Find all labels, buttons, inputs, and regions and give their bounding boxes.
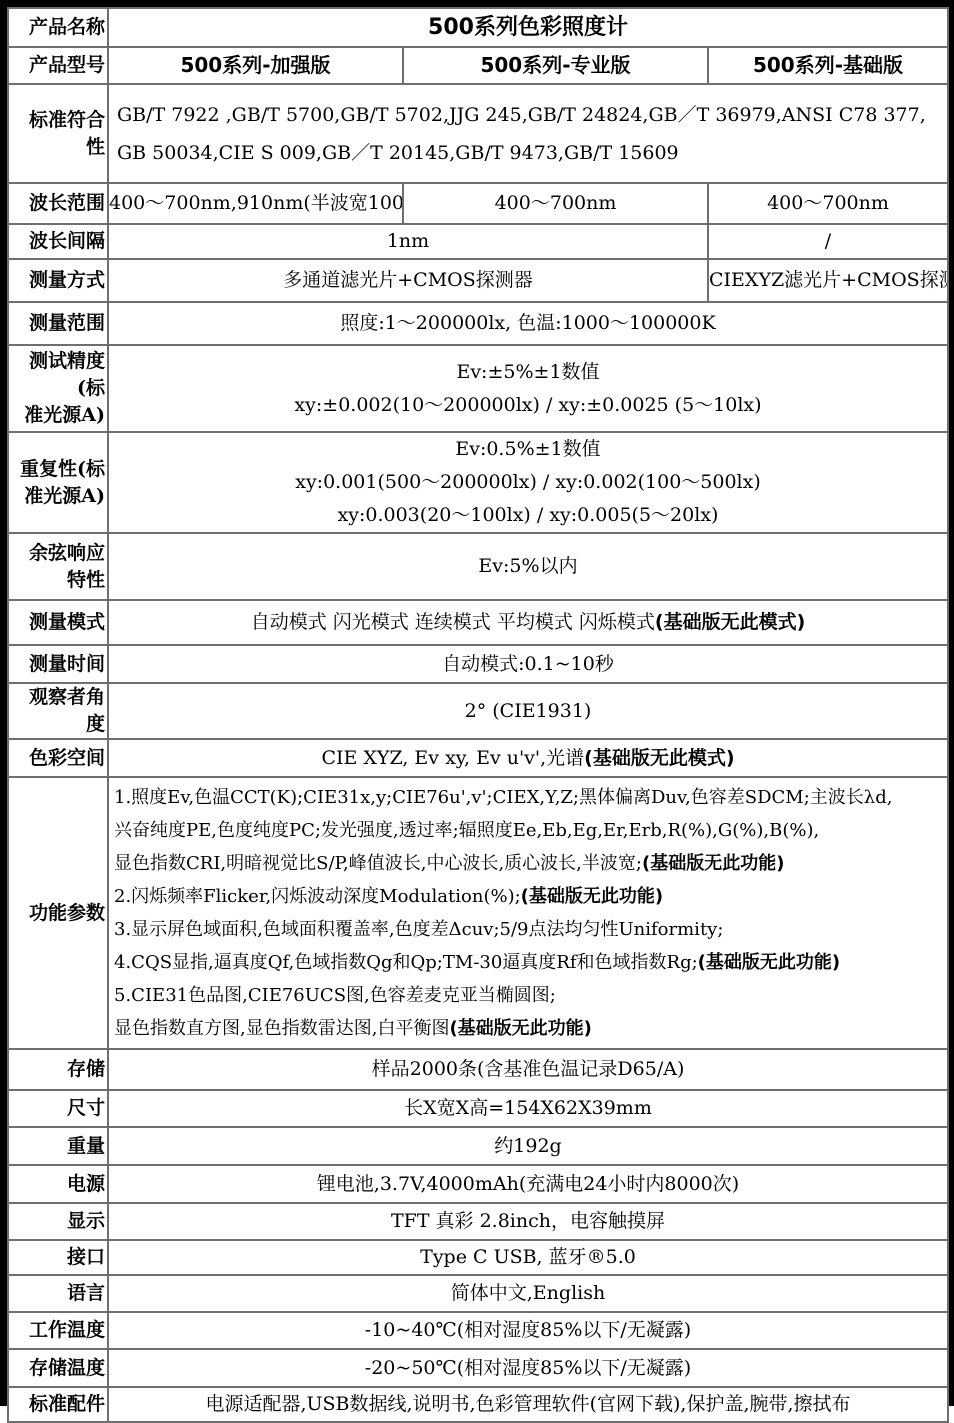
spec-text: Ev:±5%±1数值 (456, 361, 599, 383)
wavelength-interval: 1nm (108, 224, 708, 259)
row-label: 显示 (8, 1203, 108, 1240)
spec-text: 1.照度Ev,色温CCT(K);CIE31x,y;CIE76u',v';CIEX… (114, 787, 892, 808)
row-label: 测试精度 (标 准光源A) (8, 345, 108, 432)
table-row: 波长范围400～700nm,910nm(半波宽100nm)400～700nm40… (8, 183, 948, 224)
spec-line: -10~40℃(相对湿度85%以下/无凝露) (109, 1314, 947, 1347)
weight: 约192g (108, 1127, 948, 1165)
spec-text: CIE XYZ, Ev xy, Ev u'v',光谱 (321, 747, 584, 769)
standard-accessories: 电源适配器,USB数据线,说明书,色彩管理软件(官网下载),保护盖,腕带,擦拭布 (108, 1387, 948, 1422)
highlight-note: (基础版无此模式) (655, 611, 805, 633)
row-label: 工作温度 (8, 1312, 108, 1349)
row-label: 观察者角度 (8, 683, 108, 739)
spec-line: -20~50℃(相对湿度85%以下/无凝露) (109, 1352, 947, 1385)
table-row: 语言简体中文,English (8, 1275, 948, 1312)
row-label: 波长范围 (8, 183, 108, 224)
highlight-note: (基础版无此功能) (449, 1018, 591, 1039)
spec-line: 长X宽X高=154X62X39mm (109, 1092, 947, 1125)
row-label: 标准配件 (8, 1387, 108, 1422)
row-label: 重复性(标 准光源A) (8, 432, 108, 533)
spec-line: 显色指数CRI,明暗视觉比S/P,峰值波长,中心波长,质心波长,半波宽;(基础版… (114, 847, 947, 880)
spec-text: 自动模式 闪光模式 连续模式 平均模式 闪烁模式 (251, 611, 655, 633)
spec-line: xy:0.001(500～200000lx) / xy:0.002(100～50… (109, 466, 947, 499)
spec-text: Ev:5%以内 (478, 555, 577, 577)
color-space: CIE XYZ, Ev xy, Ev u'v',光谱(基础版无此模式) (108, 739, 948, 777)
table-row: 工作温度-10~40℃(相对湿度85%以下/无凝露) (8, 1312, 948, 1349)
spec-line: 400～700nm (404, 187, 707, 220)
row-label: 色彩空间 (8, 739, 108, 777)
spec-line: 500系列色彩照度计 (109, 11, 947, 44)
table-row: 余弦响应 特性Ev:5%以内 (8, 533, 948, 600)
spec-text: 4.CQS显指,逼真度Qf,色域指数Qg和Qp;TM-30逼真度Rf和色域指数R… (114, 952, 698, 973)
spec-text: Type C USB, 蓝牙®5.0 (420, 1246, 636, 1268)
measurement-method-basic: CIEXYZ滤光片+CMOS探测器 (708, 259, 948, 302)
table-row: 重量约192g (8, 1127, 948, 1165)
spec-line: 1.照度Ev,色温CCT(K);CIE31x,y;CIE76u',v';CIEX… (114, 781, 947, 814)
table-row: 测量时间自动模式:0.1~10秒 (8, 645, 948, 683)
table-row: 存储温度-20~50℃(相对湿度85%以下/无凝露) (8, 1349, 948, 1387)
storage-temperature: -20~50℃(相对湿度85%以下/无凝露) (108, 1349, 948, 1387)
operating-temperature: -10~40℃(相对湿度85%以下/无凝露) (108, 1312, 948, 1349)
languages: 简体中文,English (108, 1275, 948, 1312)
spec-line: 1nm (109, 225, 707, 258)
table-row: 测试精度 (标 准光源A)Ev:±5%±1数值xy:±0.002(10～2000… (8, 345, 948, 432)
spec-line: 锂电池,3.7V,4000mAh(充满电24小时内8000次) (109, 1168, 947, 1201)
spec-text: 长X宽X高=154X62X39mm (404, 1097, 652, 1119)
row-label: 波长间隔 (8, 224, 108, 259)
spec-text: TFT 真彩 2.8inch，电容触摸屏 (391, 1210, 665, 1232)
table-row: 重复性(标 准光源A)Ev:0.5%±1数值xy:0.001(500～20000… (8, 432, 948, 533)
highlight-note: 500系列-加强版 (180, 53, 330, 77)
measurement-range: 照度:1～200000lx, 色温:1000～100000K (108, 302, 948, 345)
spec-line: 400～700nm (709, 187, 947, 220)
spec-text: / (825, 230, 831, 252)
observer-angle: 2° (CIE1931) (108, 683, 948, 739)
table-row: 电源锂电池,3.7V,4000mAh(充满电24小时内8000次) (8, 1165, 948, 1203)
spec-line: 2.闪烁频率Flicker,闪烁波动深度Modulation(%);(基础版无此… (114, 880, 947, 913)
product-name: 500系列色彩照度计 (108, 8, 948, 47)
spec-line: Ev:±5%±1数值 (109, 356, 947, 389)
table-row: 色彩空间CIE XYZ, Ev xy, Ev u'v',光谱(基础版无此模式) (8, 739, 948, 777)
wavelength-range-enhanced: 400～700nm,910nm(半波宽100nm) (108, 183, 403, 224)
spec-text: -10~40℃(相对湿度85%以下/无凝露) (365, 1319, 691, 1341)
model-enhanced: 500系列-加强版 (108, 47, 403, 84)
table-row: 接口Type C USB, 蓝牙®5.0 (8, 1240, 948, 1275)
table-row: 观察者角度2° (CIE1931) (8, 683, 948, 739)
spec-line: xy:0.003(20～100lx) / xy:0.005(5～20lx) (109, 499, 947, 532)
highlight-note: (基础版无此模式) (584, 747, 734, 769)
spec-line: 自动模式 闪光模式 连续模式 平均模式 闪烁模式(基础版无此模式) (109, 606, 947, 639)
row-label: 重量 (8, 1127, 108, 1165)
spec-line: 5.CIE31色品图,CIE76UCS图,色容差麦克亚当椭圆图; (114, 979, 947, 1012)
spec-line: 多通道滤光片+CMOS探测器 (109, 264, 707, 297)
table-row: 测量范围照度:1～200000lx, 色温:1000～100000K (8, 302, 948, 345)
spec-line: GB/T 7922 ,GB/T 5700,GB/T 5702,JJG 245,G… (114, 96, 947, 134)
power-supply: 锂电池,3.7V,4000mAh(充满电24小时内8000次) (108, 1165, 948, 1203)
row-label: 标准符合性 (8, 84, 108, 183)
spec-text: xy:0.001(500～200000lx) / xy:0.002(100～50… (295, 471, 761, 493)
model-professional: 500系列-专业版 (403, 47, 708, 84)
spec-line: 显色指数直方图,显色指数雷达图,白平衡图(基础版无此功能) (114, 1012, 947, 1045)
spec-line: xy:±0.002(10～200000lx) / xy:±0.0025 (5～1… (109, 389, 947, 422)
table-row: 测量方式多通道滤光片+CMOS探测器CIEXYZ滤光片+CMOS探测器 (8, 259, 948, 302)
measurement-method: 多通道滤光片+CMOS探测器 (108, 259, 708, 302)
spec-text: 兴奋纯度PE,色度纯度PC;发光强度,透过率;辐照度Ee,Eb,Eg,Er,Er… (114, 820, 819, 841)
spec-text: xy:±0.002(10～200000lx) / xy:±0.0025 (5～1… (294, 394, 761, 416)
measurement-modes: 自动模式 闪光模式 连续模式 平均模式 闪烁模式(基础版无此模式) (108, 600, 948, 645)
spec-line: 500系列-专业版 (404, 49, 707, 82)
row-label: 接口 (8, 1240, 108, 1275)
storage: 样品2000条(含基准色温记录D65/A) (108, 1049, 948, 1090)
row-label: 电源 (8, 1165, 108, 1203)
spec-text: 照度:1～200000lx, 色温:1000～100000K (340, 312, 715, 334)
row-label: 存储温度 (8, 1349, 108, 1387)
table-row: 显示TFT 真彩 2.8inch，电容触摸屏 (8, 1203, 948, 1240)
row-label: 功能参数 (8, 777, 108, 1049)
spec-line: 4.CQS显指,逼真度Qf,色域指数Qg和Qp;TM-30逼真度Rf和色域指数R… (114, 946, 947, 979)
spec-text: CIEXYZ滤光片+CMOS探测器 (709, 269, 948, 291)
row-label: 尺寸 (8, 1090, 108, 1127)
row-label: 产品名称 (8, 8, 108, 47)
spec-line: 约192g (109, 1130, 947, 1163)
spec-line: GB 50034,CIE S 009,GB／T 20145,GB/T 9473,… (114, 134, 947, 172)
wavelength-range-basic: 400～700nm (708, 183, 948, 224)
highlight-note: 500系列色彩照度计 (428, 15, 628, 40)
standards-compliance: GB/T 7922 ,GB/T 5700,GB/T 5702,JJG 245,G… (108, 84, 948, 183)
spec-text: -20~50℃(相对湿度85%以下/无凝露) (365, 1357, 691, 1379)
spec-line: Ev:5%以内 (109, 550, 947, 583)
spec-text: 显色指数CRI,明暗视觉比S/P,峰值波长,中心波长,质心波长,半波宽; (114, 853, 642, 874)
spec-line: 照度:1～200000lx, 色温:1000～100000K (109, 307, 947, 340)
row-label: 测量方式 (8, 259, 108, 302)
spec-line: CIE XYZ, Ev xy, Ev u'v',光谱(基础版无此模式) (109, 742, 947, 775)
spec-line: CIEXYZ滤光片+CMOS探测器 (709, 264, 947, 297)
spec-text: 电源适配器,USB数据线,说明书,色彩管理软件(官网下载),保护盖,腕带,擦拭布 (205, 1393, 850, 1415)
spec-text: GB 50034,CIE S 009,GB／T 20145,GB/T 9473,… (117, 142, 679, 164)
table-row: 标准符合性GB/T 7922 ,GB/T 5700,GB/T 5702,JJG … (8, 84, 948, 183)
row-label: 测量模式 (8, 600, 108, 645)
model-basic: 500系列-基础版 (708, 47, 948, 84)
test-accuracy: Ev:±5%±1数值xy:±0.002(10～200000lx) / xy:±0… (108, 345, 948, 432)
interface: Type C USB, 蓝牙®5.0 (108, 1240, 948, 1275)
spec-text: 400～700nm (767, 192, 889, 214)
spec-line: Type C USB, 蓝牙®5.0 (109, 1241, 947, 1274)
spec-text: 锂电池,3.7V,4000mAh(充满电24小时内8000次) (317, 1173, 739, 1195)
spec-table: 产品名称500系列色彩照度计产品型号500系列-加强版500系列-专业版500系… (7, 7, 949, 1423)
spec-line: 兴奋纯度PE,色度纯度PC;发光强度,透过率;辐照度Ee,Eb,Eg,Er,Er… (114, 814, 947, 847)
repeatability: Ev:0.5%±1数值xy:0.001(500～200000lx) / xy:0… (108, 432, 948, 533)
row-label: 余弦响应 特性 (8, 533, 108, 600)
spec-line: TFT 真彩 2.8inch，电容触摸屏 (109, 1205, 947, 1238)
spec-text: 1nm (387, 230, 429, 252)
spec-line: 2° (CIE1931) (109, 695, 947, 728)
highlight-note: (基础版无此功能) (642, 853, 784, 874)
spec-text: 3.显示屏色域面积,色域面积覆盖率,色度差Δcuv;5/9点法均匀性Unifor… (114, 919, 723, 940)
spec-line: 样品2000条(含基准色温记录D65/A) (109, 1053, 947, 1086)
spec-text: Ev:0.5%±1数值 (455, 438, 600, 460)
table-row: 产品名称500系列色彩照度计 (8, 8, 948, 47)
spec-text: 5.CIE31色品图,CIE76UCS图,色容差麦克亚当椭圆图; (114, 985, 556, 1006)
highlight-note: (基础版无此功能) (521, 886, 663, 907)
table-row: 标准配件电源适配器,USB数据线,说明书,色彩管理软件(官网下载),保护盖,腕带… (8, 1387, 948, 1422)
spec-line: / (709, 225, 947, 258)
spec-line: Ev:0.5%±1数值 (109, 433, 947, 466)
wavelength-range-professional: 400～700nm (403, 183, 708, 224)
spec-text: 简体中文,English (451, 1282, 605, 1304)
dimensions: 长X宽X高=154X62X39mm (108, 1090, 948, 1127)
wavelength-interval-basic: / (708, 224, 948, 259)
display: TFT 真彩 2.8inch，电容触摸屏 (108, 1203, 948, 1240)
row-label: 存储 (8, 1049, 108, 1090)
spec-text: 2.闪烁频率Flicker,闪烁波动深度Modulation(%); (114, 886, 521, 907)
spec-line: 500系列-加强版 (109, 49, 402, 82)
spec-text: 多通道滤光片+CMOS探测器 (283, 269, 533, 291)
table-row: 尺寸长X宽X高=154X62X39mm (8, 1090, 948, 1127)
highlight-note: 500系列-基础版 (753, 53, 903, 77)
spec-text: 400～700nm (495, 192, 617, 214)
spec-line: 400～700nm,910nm(半波宽100nm) (109, 187, 402, 220)
table-row: 产品型号500系列-加强版500系列-专业版500系列-基础版 (8, 47, 948, 84)
spec-text: 样品2000条(含基准色温记录D65/A) (372, 1058, 685, 1080)
spec-line: 500系列-基础版 (709, 49, 947, 82)
spec-text: 显色指数直方图,显色指数雷达图,白平衡图 (114, 1018, 449, 1039)
row-label: 测量时间 (8, 645, 108, 683)
row-label: 产品型号 (8, 47, 108, 84)
spec-text: 2° (CIE1931) (465, 700, 592, 722)
table-row: 功能参数1.照度Ev,色温CCT(K);CIE31x,y;CIE76u',v';… (8, 777, 948, 1049)
row-label: 语言 (8, 1275, 108, 1312)
function-parameters: 1.照度Ev,色温CCT(K);CIE31x,y;CIE76u',v';CIEX… (108, 777, 948, 1049)
spec-text: xy:0.003(20～100lx) / xy:0.005(5～20lx) (338, 504, 719, 526)
spec-text: 约192g (494, 1135, 561, 1157)
table-row: 存储样品2000条(含基准色温记录D65/A) (8, 1049, 948, 1090)
spec-sheet: 产品名称500系列色彩照度计产品型号500系列-加强版500系列-专业版500系… (0, 0, 954, 1406)
measurement-time: 自动模式:0.1~10秒 (108, 645, 948, 683)
spec-text: 自动模式:0.1~10秒 (442, 653, 614, 675)
highlight-note: (基础版无此功能) (698, 952, 840, 973)
table-row: 测量模式自动模式 闪光模式 连续模式 平均模式 闪烁模式(基础版无此模式) (8, 600, 948, 645)
row-label: 测量范围 (8, 302, 108, 345)
spec-line: 自动模式:0.1~10秒 (109, 648, 947, 681)
spec-text: 400～700nm,910nm(半波宽100nm) (109, 192, 403, 214)
spec-line: 简体中文,English (109, 1277, 947, 1310)
table-row: 波长间隔1nm/ (8, 224, 948, 259)
spec-line: 3.显示屏色域面积,色域面积覆盖率,色度差Δcuv;5/9点法均匀性Unifor… (114, 913, 947, 946)
cosine-response: Ev:5%以内 (108, 533, 948, 600)
spec-text: GB/T 7922 ,GB/T 5700,GB/T 5702,JJG 245,G… (117, 104, 926, 126)
spec-line: 电源适配器,USB数据线,说明书,色彩管理软件(官网下载),保护盖,腕带,擦拭布 (109, 1388, 947, 1421)
highlight-note: 500系列-专业版 (480, 53, 630, 77)
